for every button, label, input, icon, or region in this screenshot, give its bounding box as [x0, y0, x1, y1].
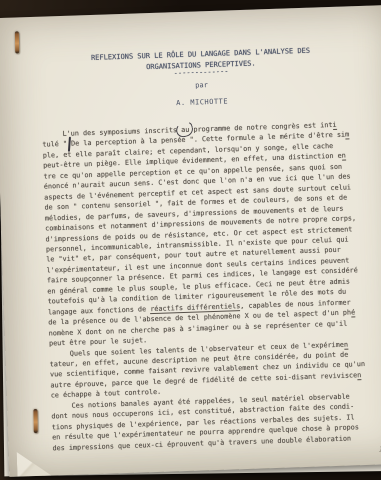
author-name: A. MICHOTTE — [41, 92, 363, 113]
staple-icon-bottom — [33, 409, 37, 433]
title-block: REFLEXIONS SUR LE RÔLE DU LANGAGE DANS L… — [39, 44, 363, 113]
corner-fold — [16, 446, 51, 477]
photo-background: REFLEXIONS SUR LE RÔLE DU LANGAGE DANS L… — [0, 0, 381, 480]
staple-icon-top — [15, 31, 19, 53]
body-text: L'un des symposiums inscrits au programm… — [42, 119, 375, 454]
page-content: REFLEXIONS SUR LE RÔLE DU LANGAGE DANS L… — [39, 44, 374, 454]
document-page: REFLEXIONS SUR LE RÔLE DU LANGAGE DANS L… — [0, 5, 381, 477]
page-number: 1 — [378, 445, 381, 453]
